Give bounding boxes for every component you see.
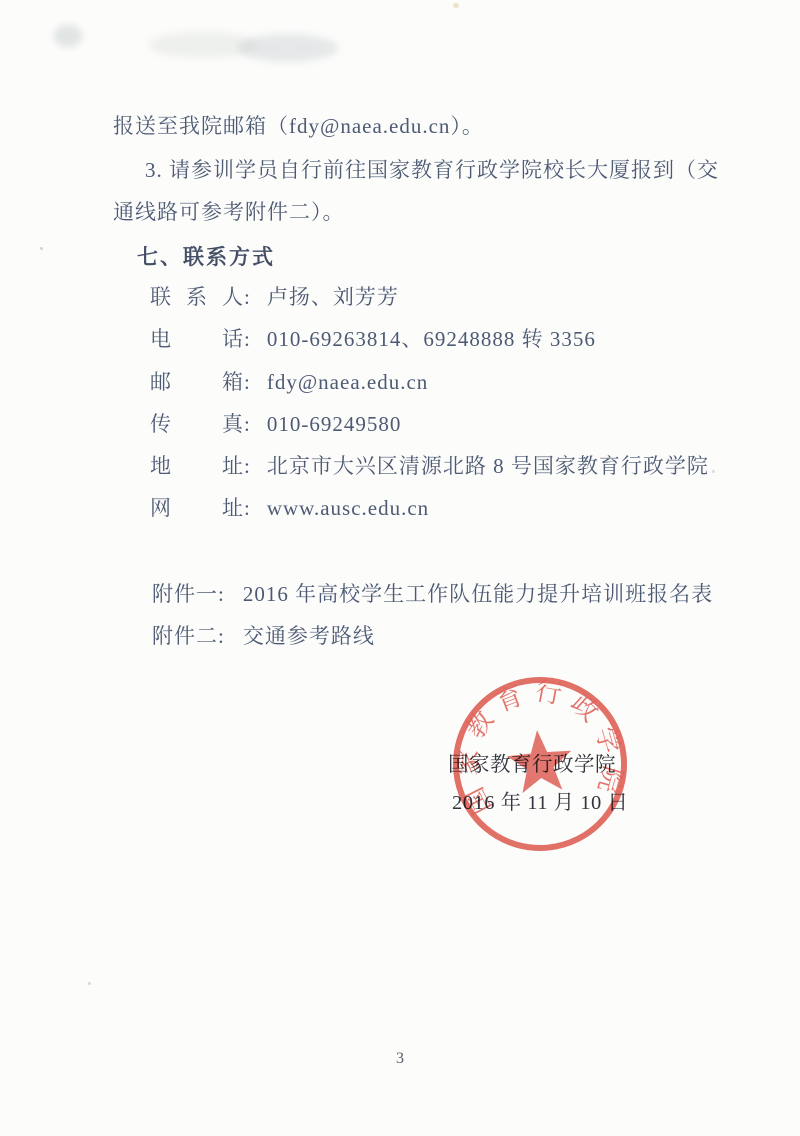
attachment-line-2: 附件二:交通参考路线: [152, 620, 375, 650]
contact-label: 地址: [150, 450, 244, 480]
body-paragraph-line-2: 3. 请参训学员自行前往国家教育行政学院校长大厦报到（交: [145, 154, 719, 184]
bleedthrough-smudge: [148, 32, 258, 58]
scan-speck: [453, 3, 459, 8]
contact-row-phone: 电话:010-69263814、69248888 转 3356: [150, 323, 596, 353]
page-number: 3: [0, 1050, 800, 1068]
colon: :: [244, 454, 251, 479]
colon: :: [218, 624, 225, 649]
colon: :: [244, 327, 251, 352]
body-paragraph-line-3: 通线路可参考附件二）。: [113, 196, 345, 226]
contact-value: www.ausc.edu.cn: [267, 496, 429, 520]
contact-row-person: 联系人:卢扬、刘芳芳: [150, 281, 399, 311]
colon: :: [244, 496, 251, 521]
document-page: 报送至我院邮箱（fdy@naea.edu.cn）。 3. 请参训学员自行前往国家…: [0, 0, 800, 1136]
contact-label: 电话: [150, 323, 244, 353]
contact-value: 010-69263814、69248888 转 3356: [267, 327, 596, 351]
colon: :: [244, 285, 251, 310]
scan-speck: [88, 982, 91, 985]
contact-row-email: 邮箱:fdy@naea.edu.cn: [150, 366, 428, 396]
attachment-line-1: 附件一:2016 年高校学生工作队伍能力提升培训班报名表: [152, 578, 713, 608]
scan-speck: [40, 247, 43, 250]
section-heading-contact: 七、联系方式: [137, 241, 275, 271]
contact-label: 传真: [150, 408, 244, 438]
contact-label: 网址: [150, 492, 244, 522]
signature-organization: 国家教育行政学院: [448, 747, 616, 777]
contact-row-website: 网址:www.ausc.edu.cn: [150, 492, 429, 522]
bleedthrough-smudge: [54, 25, 82, 47]
colon: :: [218, 582, 225, 607]
scan-speck: [712, 470, 715, 473]
contact-value: 卢扬、刘芳芳: [267, 285, 399, 309]
contact-value: 010-69249580: [267, 412, 402, 436]
bleedthrough-smudge: [238, 34, 338, 62]
contact-value: fdy@naea.edu.cn: [267, 370, 428, 394]
signature-date: 2016 年 11 月 10 日: [452, 785, 628, 815]
colon: :: [244, 412, 251, 437]
attachment-title: 交通参考路线: [243, 624, 375, 648]
attachment-label: 附件二: [152, 620, 218, 650]
body-paragraph-line-1: 报送至我院邮箱（fdy@naea.edu.cn）。: [113, 110, 484, 140]
contact-value: 北京市大兴区清源北路 8 号国家教育行政学院: [267, 454, 709, 478]
attachment-label: 附件一: [152, 578, 218, 608]
attachment-title: 2016 年高校学生工作队伍能力提升培训班报名表: [243, 582, 713, 606]
colon: :: [244, 370, 251, 395]
contact-label: 邮箱: [150, 366, 244, 396]
contact-row-fax: 传真:010-69249580: [150, 408, 401, 438]
contact-label: 联系人: [150, 281, 244, 311]
contact-row-address: 地址:北京市大兴区清源北路 8 号国家教育行政学院: [150, 450, 709, 480]
